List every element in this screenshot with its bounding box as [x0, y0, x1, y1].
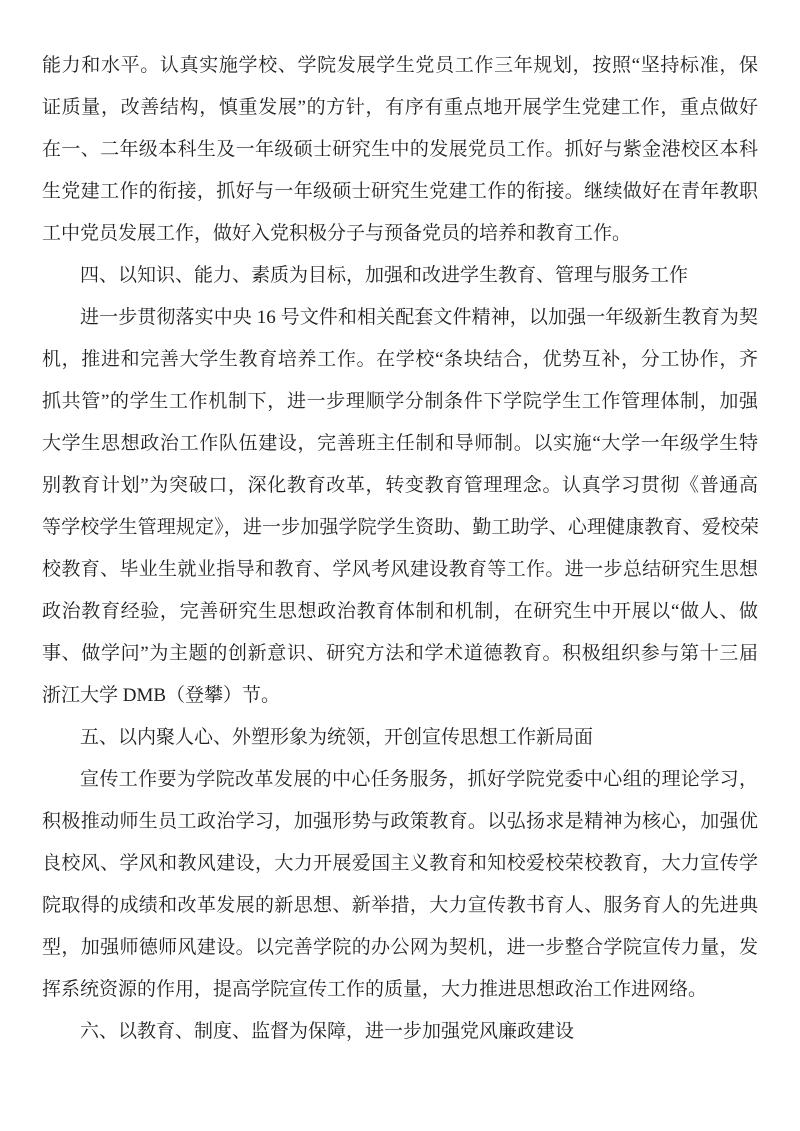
section-heading-4: 四、以知识、能力、素质为目标，加强和改进学生教育、管理与服务工作: [42, 255, 758, 297]
text-line: 工中党员发展工作，做好入党积极分子与预备党员的培养和教育工作。: [42, 213, 758, 255]
text-line: 证质量，改善结构，慎重发展”的方针，有序有重点地开展学生党建工作，重点做好: [42, 87, 758, 129]
text-line: 院取得的成绩和改革发展的新思想、新举措，大力宣传教书育人、服务育人的先进典: [42, 885, 758, 927]
text-line: 事、做学问”为主题的创新意识、研究方法和学术道德教育。积极组织参与第十三届: [42, 633, 758, 675]
text-line: 浙江大学 DMB（登攀）节。: [42, 675, 758, 717]
text-line: 宣传工作要为学院改革发展的中心任务服务，抓好学院党委中心组的理论学习，: [42, 759, 758, 801]
text-line: 生党建工作的衔接，抓好与一年级硕士研究生党建工作的衔接。继续做好在青年教职: [42, 171, 758, 213]
section-heading-5: 五、以内聚人心、外塑形象为统领，开创宣传思想工作新局面: [42, 717, 758, 759]
text-line: 校教育、毕业生就业指导和教育、学风考风建设教育等工作。进一步总结研究生思想: [42, 549, 758, 591]
text-line: 进一步贯彻落实中央 16 号文件和相关配套文件精神，以加强一年级新生教育为契: [42, 297, 758, 339]
text-line: 在一、二年级本科生及一年级硕士研究生中的发展党员工作。抓好与紫金港校区本科: [42, 129, 758, 171]
text-line: 积极推动师生员工政治学习，加强形势与政策教育。以弘扬求是精神为核心，加强优: [42, 801, 758, 843]
text-line: 等学校学生管理规定》，进一步加强学院学生资助、勤工助学、心理健康教育、爱校荣: [42, 507, 758, 549]
text-line: 抓共管”的学生工作机制下，进一步理顺学分制条件下学院学生工作管理体制，加强: [42, 381, 758, 423]
text-line: 大学生思想政治工作队伍建设，完善班主任制和导师制。以实施“大学一年级学生特: [42, 423, 758, 465]
section-heading-6: 六、以教育、制度、监督为保障，进一步加强党风廉政建设: [42, 1011, 758, 1053]
text-line: 良校风、学风和教风建设，大力开展爱国主义教育和知校爱校荣校教育，大力宣传学: [42, 843, 758, 885]
text-line: 能力和水平。认真实施学校、学院发展学生党员工作三年规划，按照“坚持标准，保: [42, 45, 758, 87]
text-line: 挥系统资源的作用，提高学院宣传工作的质量，大力推进思想政治工作进网络。: [42, 969, 758, 1011]
text-line: 机，推进和完善大学生教育培养工作。在学校“条块结合，优势互补，分工协作，齐: [42, 339, 758, 381]
document-page: 能力和水平。认真实施学校、学院发展学生党员工作三年规划，按照“坚持标准，保 证质…: [0, 0, 800, 1131]
text-line: 别教育计划”为突破口，深化教育改革，转变教育管理理念。认真学习贯彻《普通高: [42, 465, 758, 507]
document-body: 能力和水平。认真实施学校、学院发展学生党员工作三年规划，按照“坚持标准，保 证质…: [42, 45, 758, 1053]
text-line: 型，加强师德师风建设。以完善学院的办公网为契机，进一步整合学院宣传力量，发: [42, 927, 758, 969]
text-line: 政治教育经验，完善研究生思想政治教育体制和机制，在研究生中开展以“做人、做: [42, 591, 758, 633]
